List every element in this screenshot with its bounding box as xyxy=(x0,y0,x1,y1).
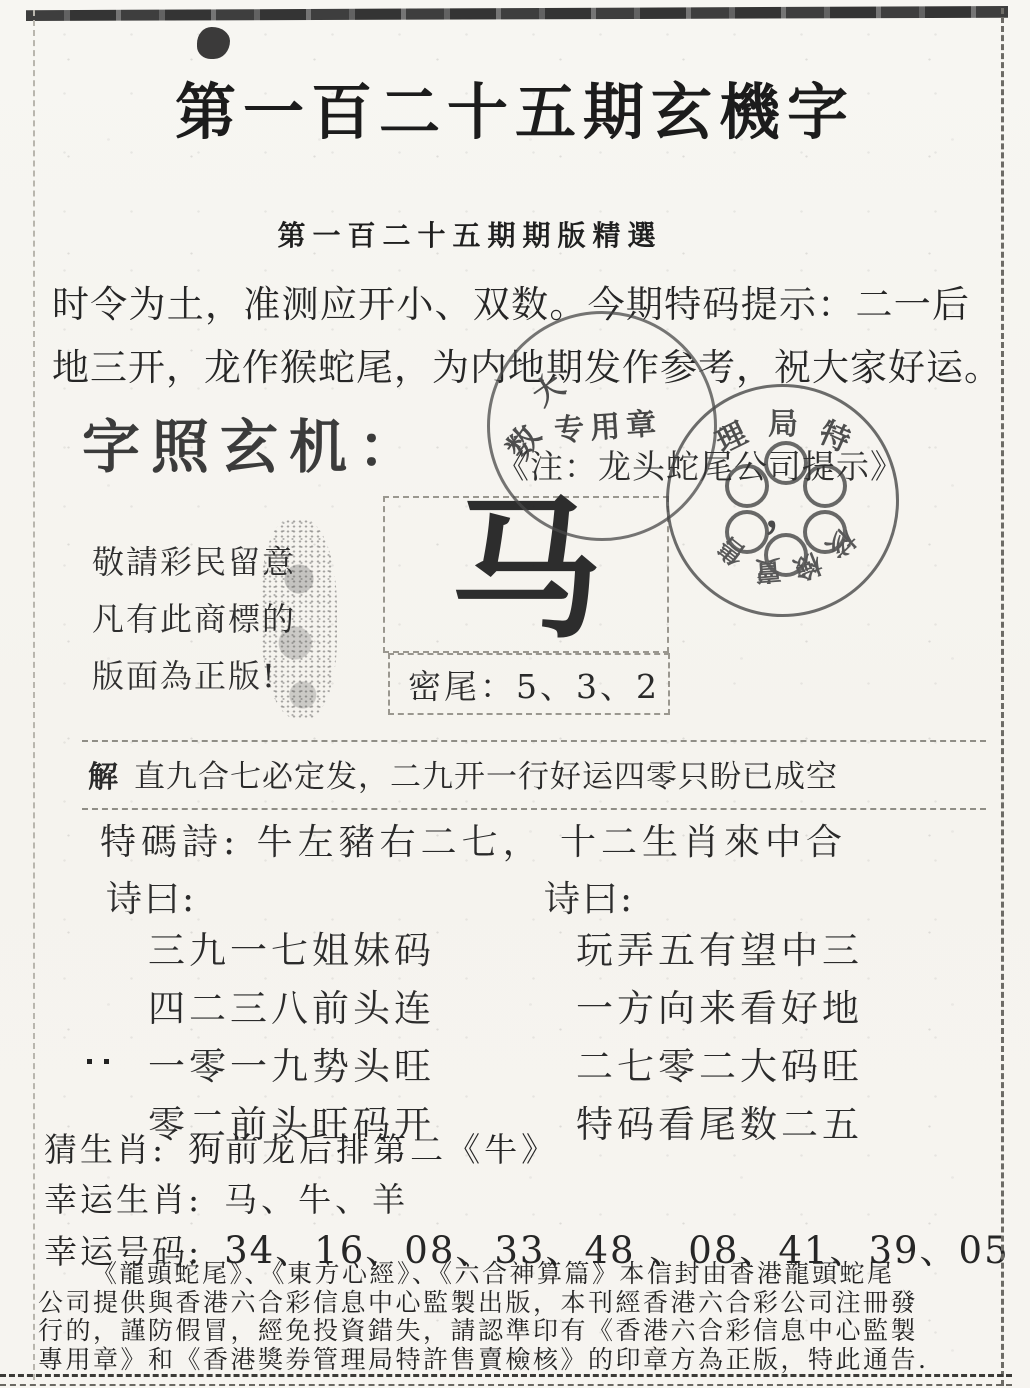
special-code-poem-label: 特碼詩: xyxy=(100,822,240,863)
scan-bottom-edge xyxy=(0,1374,1012,1386)
page-title: 第一百二十五期玄機字 xyxy=(60,64,970,151)
lottery-authority-stamp: 理 局 特 ， 售 賣 檢 核 xyxy=(666,384,899,617)
footer-line: 專用章》和《香港獎券管理局特許售賣檢核》的印章方為正版，特此通告. xyxy=(38,1346,990,1375)
verse-header-right: 诗曰: xyxy=(544,871,634,922)
verse-column-left: 三九一七姐妹码 四二三八前头连 一零一九势头旺 零二前头旺码开 xyxy=(148,922,435,1154)
verse-header-left: 诗曰: xyxy=(106,871,196,922)
stamp-ring-char: 賣 xyxy=(754,552,784,593)
solution-text: 直九合七必定发，二九开一行好运四零只盼已成空 xyxy=(134,759,838,795)
secret-tail-box: 密尾：5、3、2 xyxy=(388,653,670,715)
footer-line: 公司提供與香港六合彩信息中心監製出版，本刊經香港六合彩公司注冊發 xyxy=(38,1289,990,1318)
scan-top-edge xyxy=(26,6,1008,21)
lucky-zodiac-row: 幸运生肖:马、牛、羊 xyxy=(44,1174,409,1221)
mystery-reveal-label: 字照玄机： xyxy=(82,400,427,484)
stamp-comma: ， xyxy=(765,479,807,539)
lucky-zodiac-value: 马、牛、羊 xyxy=(224,1180,409,1219)
verse-line: 二七零二大码旺 xyxy=(576,1038,863,1096)
page-subtitle: 第一百二十五期期版精選 xyxy=(60,214,880,254)
solution-label: 解 xyxy=(88,760,118,795)
verse-line: 玩弄五有望中三 xyxy=(576,922,863,980)
stamp-arc-char: 局 xyxy=(768,399,798,443)
zodiac-guess-row: 猜生肖:狗前龙后排第二《牛》 xyxy=(44,1124,558,1171)
solution-row: 解直九合七必定发，二九开一行好运四零只盼已成空 xyxy=(82,740,986,810)
lucky-zodiac-label: 幸运生肖: xyxy=(44,1180,202,1219)
verse-line: 一方向来看好地 xyxy=(576,980,863,1038)
intro-line-1: 时令为土，准测应开小、双数。今期特码提示：二一后 xyxy=(52,274,970,328)
verse-line: 特码看尾数二五 xyxy=(576,1096,863,1154)
verse-line: 三九一七姐妹码 xyxy=(148,922,435,980)
special-code-poem: 特碼詩: 牛左豬右二七， 十二生肖來中合 xyxy=(100,814,847,865)
special-code-poem-text: 牛左豬右二七， 十二生肖來中合 xyxy=(257,822,847,863)
scan-right-edge xyxy=(1001,8,1004,1386)
footer-disclaimer: 《龍頭蛇尾》、《東方心經》、《六合神算篇》本信封由香港龍頭蛇尾 公司提供與香港六… xyxy=(38,1260,990,1374)
scanned-lottery-sheet: 第一百二十五期玄機字 第一百二十五期期版精選 时令为土，准测应开小、双数。今期特… xyxy=(0,0,1030,1388)
secret-tail-text: 密尾：5、3、2 xyxy=(390,661,660,708)
margin-dots xyxy=(87,1049,121,1068)
stamp-note-line: 《注：龙头蛇尾公司提示》 xyxy=(496,441,904,488)
ink-blot xyxy=(197,27,230,59)
verse-line: 四二三八前头连 xyxy=(148,980,435,1038)
footer-line: 《龍頭蛇尾》、《東方心經》、《六合神算篇》本信封由香港龍頭蛇尾 xyxy=(38,1260,990,1289)
scan-left-edge xyxy=(33,10,35,1380)
footer-line: 行的，謹防假冒，經免投資錯失，請認準印有《香港六合彩信息中心監製 xyxy=(38,1317,990,1346)
verse-column-right: 玩弄五有望中三 一方向来看好地 二七零二大码旺 特码看尾数二五 xyxy=(576,922,863,1154)
zodiac-guess-value: 狗前龙后排第二《牛》 xyxy=(188,1130,558,1169)
zodiac-guess-label: 猜生肖: xyxy=(44,1130,166,1169)
trademark-watermark xyxy=(261,519,337,719)
verse-line: 一零一九势头旺 xyxy=(148,1038,435,1096)
